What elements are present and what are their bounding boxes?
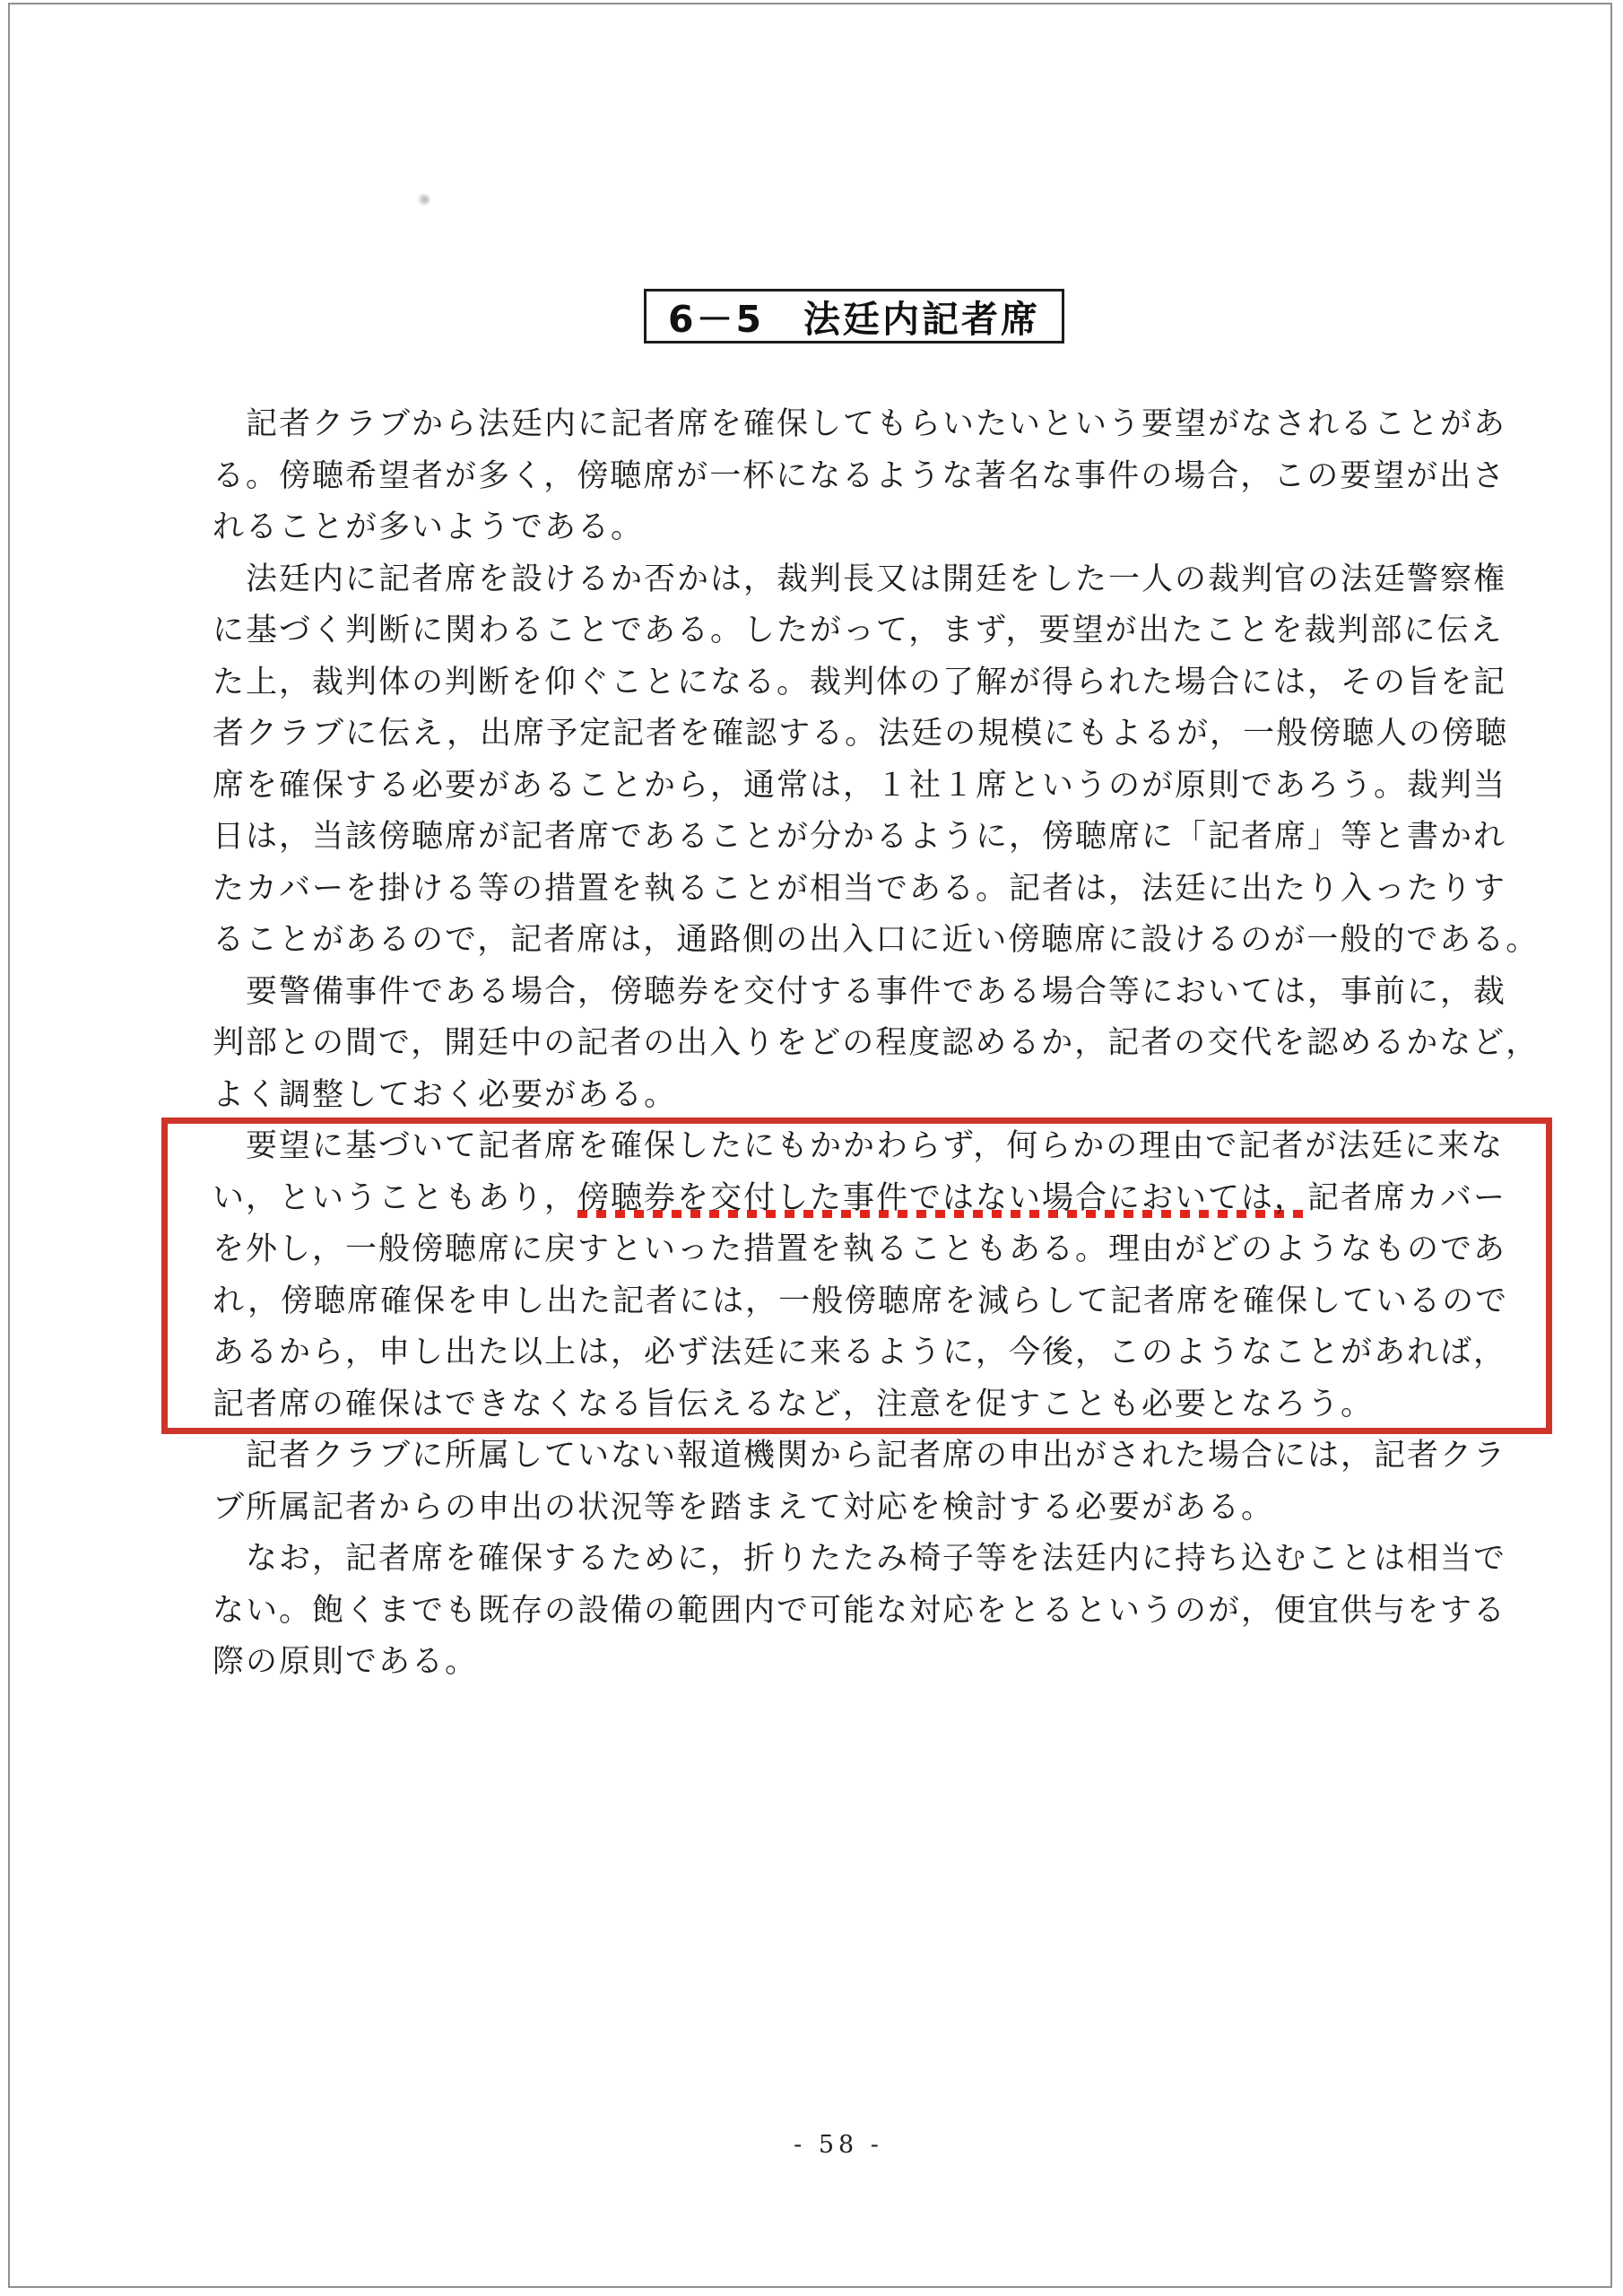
text-line: ない。飽くまでも既存の設備の範囲内で可能な対応をとるというのが，便宜供与をする (213, 1586, 1517, 1638)
text-segment: 記者席カバー (1307, 1180, 1506, 1216)
section-title: 6－5 法廷内記者席 (668, 290, 1040, 343)
text-line: れ，傍聴席確保を申し出た記者には，一般傍聴席を減らして記者席を確保しているので (213, 1276, 1517, 1328)
text-line: 判部との間で，開廷中の記者の出入りをどの程度認めるか，記者の交代を認めるかなど， (213, 1018, 1517, 1070)
text-line: 法廷内に記者席を設けるか否かは，裁判長又は開廷をした一人の裁判官の法廷警察権 (213, 554, 1517, 606)
text-line: なお，記者席を確保するために，折りたたみ椅子等を法廷内に持ち込むことは相当で (213, 1534, 1517, 1586)
text-line: たカバーを掛ける等の措置を執ることが相当である。記者は，法廷に出たり入ったりす (213, 864, 1517, 916)
text-line: い，ということもあり，傍聴券を交付した事件ではない場合においては，記者席カバー (213, 1173, 1517, 1225)
underlined-phrase: 傍聴券を交付した事件ではない場合においては， (577, 1180, 1307, 1218)
text-line: あるから，申し出た以上は，必ず法廷に来るように，今後，このようなことがあれば， (213, 1327, 1517, 1379)
text-line: 要警備事件である場合，傍聴券を交付する事件である場合等においては，事前に，裁 (213, 967, 1517, 1019)
text-segment: い，ということもあり， (213, 1180, 577, 1216)
text-line: を外し，一般傍聴席に戻すといった措置を執ることもある。理由がどのようなものであ (213, 1224, 1517, 1276)
document-body: 記者クラブから法廷内に記者席を確保してもらいたいという要望がなされることがあ る… (213, 399, 1517, 1689)
text-line: 者クラブに伝え，出席予定記者を確認する。法廷の規模にもよるが，一般傍聴人の傍聴 (213, 709, 1517, 761)
text-line: る。傍聴希望者が多く，傍聴席が一杯になるような著名な事件の場合，この要望が出さ (213, 451, 1517, 503)
text-line: 席を確保する必要があることから，通常は，１社１席というのが原則であろう。裁判当 (213, 761, 1517, 813)
text-line: れることが多いようである。 (213, 502, 1517, 554)
text-line: ることがあるので，記者席は，通路側の出入口に近い傍聴席に設けるのが一般的である。 (213, 915, 1517, 967)
text-line: 記者クラブに所属していない報道機関から記者席の申出がされた場合には，記者クラ (213, 1431, 1517, 1483)
scan-speck (416, 194, 430, 205)
text-line: よく調整しておく必要がある。 (213, 1070, 1517, 1122)
page-number: - 58 - (0, 2131, 1623, 2159)
text-line: た上，裁判体の判断を仰ぐことになる。裁判体の了解が得られた場合には，その旨を記 (213, 657, 1517, 709)
text-line: に基づく判断に関わることである。したがって，まず，要望が出たことを裁判部に伝え (213, 605, 1517, 657)
text-line: 日は，当該傍聴席が記者席であることが分かるように，傍聴席に「記者席」等と書かれ (213, 812, 1517, 864)
text-line: 要望に基づいて記者席を確保したにもかかわらず，何らかの理由で記者が法廷に来な (213, 1121, 1517, 1173)
text-line: 記者クラブから法廷内に記者席を確保してもらいたいという要望がなされることがあ (213, 399, 1517, 451)
text-line: 際の原則である。 (213, 1637, 1517, 1689)
text-line: ブ所属記者からの申出の状況等を踏まえて対応を検討する必要がある。 (213, 1483, 1517, 1535)
section-title-box: 6－5 法廷内記者席 (644, 289, 1064, 344)
text-line: 記者席の確保はできなくなる旨伝えるなど，注意を促すことも必要となろう。 (213, 1379, 1517, 1431)
